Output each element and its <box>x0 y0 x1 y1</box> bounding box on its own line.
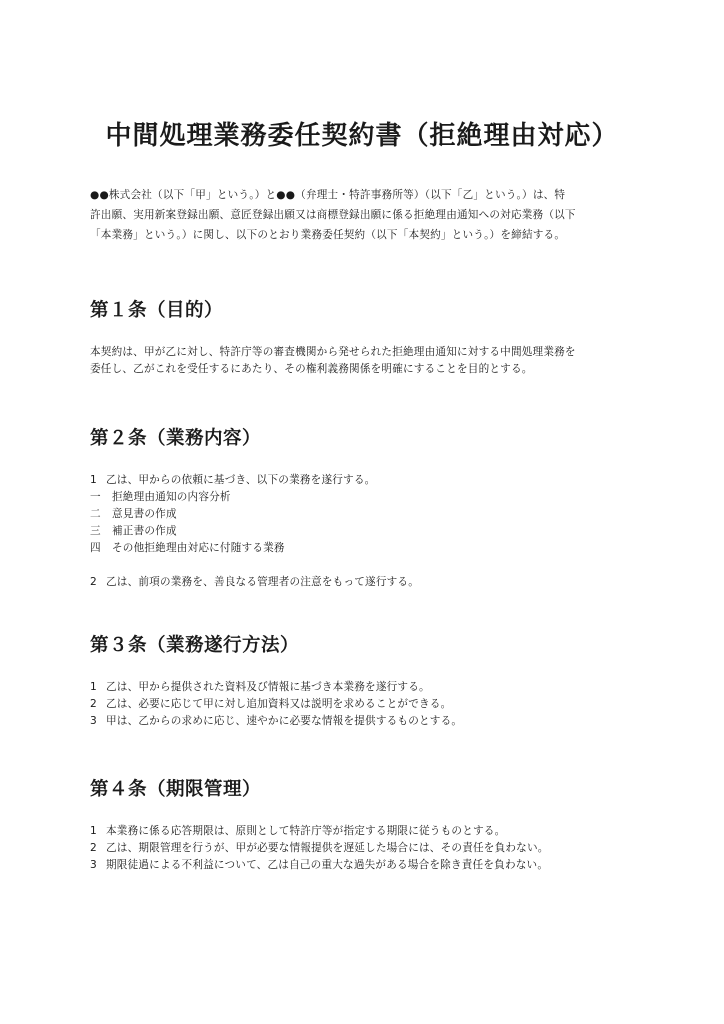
clause-text: 乙は、必要に応じて甲に対し追加資料又は説明を求めることができる。 <box>106 696 451 713</box>
subitem: 四 その他拒絶理由対応に付随する業務 <box>90 540 640 557</box>
spacer <box>90 557 640 574</box>
clause-text: 乙は、期限管理を行うが、甲が必要な情報提供を遅延した場合には、その責任を負わない… <box>106 840 549 857</box>
subitem-number: 二 <box>90 506 112 523</box>
clause-text: 乙は、甲からの依頼に基づき、以下の業務を遂行する。 <box>106 472 375 489</box>
clause: 2 乙は、前項の業務を、善良なる管理者の注意をもって遂行する。 <box>90 574 640 591</box>
clause-text: 乙は、前項の業務を、善良なる管理者の注意をもって遂行する。 <box>106 574 419 591</box>
clause-text: 本業務に係る応答期限は、原則として特許庁等が指定する期限に従うものとする。 <box>106 823 505 840</box>
article-2: 第２条（業務内容） 1 乙は、甲からの依頼に基づき、以下の業務を遂行する。 一 … <box>90 424 640 591</box>
subitem-number: 三 <box>90 523 112 540</box>
article-body: 1 乙は、甲から提供された資料及び情報に基づき本業務を遂行する。 2 乙は、必要… <box>90 679 640 730</box>
clause: 3 甲は、乙からの求めに応じ、速やかに必要な情報を提供するものとする。 <box>90 713 640 730</box>
clause: 1 本業務に係る応答期限は、原則として特許庁等が指定する期限に従うものとする。 <box>90 823 640 840</box>
clause-text: 期限徒過による不利益について、乙は自己の重大な過失がある場合を除き責任を負わない… <box>106 857 548 874</box>
paragraph-line: 委任し、乙がこれを受任するにあたり、その権利義務関係を明確にすることを目的とする… <box>90 361 640 378</box>
clause-number: 2 <box>90 696 106 713</box>
article-3: 第３条（業務遂行方法） 1 乙は、甲から提供された資料及び情報に基づき本業務を遂… <box>90 631 640 730</box>
clause: 3 期限徒過による不利益について、乙は自己の重大な過失がある場合を除き責任を負わ… <box>90 857 640 874</box>
article-heading: 第３条（業務遂行方法） <box>90 631 640 661</box>
clause: 1 乙は、甲から提供された資料及び情報に基づき本業務を遂行する。 <box>90 679 640 696</box>
article-body: 1 乙は、甲からの依頼に基づき、以下の業務を遂行する。 一 拒絶理由通知の内容分… <box>90 472 640 591</box>
subitem-text: 意見書の作成 <box>112 506 177 523</box>
subitem: 三 補正書の作成 <box>90 523 640 540</box>
subitem: 二 意見書の作成 <box>90 506 640 523</box>
preamble-line: 許出願、実用新案登録出願、意匠登録出願又は商標登録出願に係る拒絶理由通知への対応… <box>90 205 635 225</box>
article-body: 本契約は、甲が乙に対し、特許庁等の審査機関から発せられた拒絶理由通知に対する中間… <box>90 344 640 378</box>
clause: 2 乙は、必要に応じて甲に対し追加資料又は説明を求めることができる。 <box>90 696 640 713</box>
article-body: 1 本業務に係る応答期限は、原則として特許庁等が指定する期限に従うものとする。 … <box>90 823 640 874</box>
subitem-number: 一 <box>90 489 112 506</box>
article-4: 第４条（期限管理） 1 本業務に係る応答期限は、原則として特許庁等が指定する期限… <box>90 775 640 874</box>
preamble-line: 「本業務」という。）に関し、以下のとおり業務委任契約（以下「本契約」という。）を… <box>90 225 635 245</box>
article-1: 第１条（目的） 本契約は、甲が乙に対し、特許庁等の審査機関から発せられた拒絶理由… <box>90 296 640 378</box>
clause-number: 1 <box>90 823 106 840</box>
article-heading: 第１条（目的） <box>90 296 640 326</box>
article-heading: 第２条（業務内容） <box>90 424 640 454</box>
clause-number: 3 <box>90 713 106 730</box>
subitem-text: その他拒絶理由対応に付随する業務 <box>112 540 285 557</box>
clause-number: 1 <box>90 472 106 489</box>
clause-text: 甲は、乙からの求めに応じ、速やかに必要な情報を提供するものとする。 <box>106 713 462 730</box>
clause-number: 1 <box>90 679 106 696</box>
preamble: ●●株式会社（以下「甲」という。）と●●（弁理士・特許事務所等）（以下「乙」とい… <box>90 185 635 245</box>
document-page: 中間処理業務委任契約書（拒絶理由対応） ●●株式会社（以下「甲」という。）と●●… <box>0 0 724 1024</box>
subitem: 一 拒絶理由通知の内容分析 <box>90 489 640 506</box>
subitem-number: 四 <box>90 540 112 557</box>
clause: 1 乙は、甲からの依頼に基づき、以下の業務を遂行する。 <box>90 472 640 489</box>
clause-text: 乙は、甲から提供された資料及び情報に基づき本業務を遂行する。 <box>106 679 430 696</box>
clause-number: 3 <box>90 857 106 874</box>
article-heading: 第４条（期限管理） <box>90 775 640 805</box>
preamble-line: ●●株式会社（以下「甲」という。）と●●（弁理士・特許事務所等）（以下「乙」とい… <box>90 185 635 205</box>
clause-number: 2 <box>90 840 106 857</box>
document-title: 中間処理業務委任契約書（拒絶理由対応） <box>0 116 724 156</box>
clause-number: 2 <box>90 574 106 591</box>
subitem-text: 補正書の作成 <box>112 523 177 540</box>
paragraph-line: 本契約は、甲が乙に対し、特許庁等の審査機関から発せられた拒絶理由通知に対する中間… <box>90 344 640 361</box>
clause: 2 乙は、期限管理を行うが、甲が必要な情報提供を遅延した場合には、その責任を負わ… <box>90 840 640 857</box>
subitem-text: 拒絶理由通知の内容分析 <box>112 489 231 506</box>
